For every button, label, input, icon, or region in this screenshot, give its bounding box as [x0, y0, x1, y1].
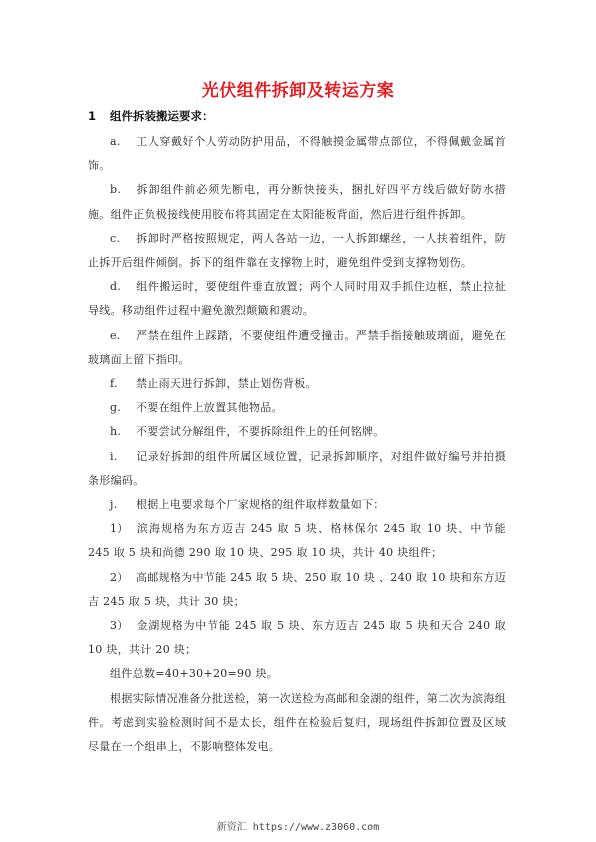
- item-label: f.: [110, 372, 136, 396]
- list-item-b: b.拆卸组件前必须先断电，再分断快接头，捆扎好四平方线后做好防水措施。组件正负极…: [88, 178, 506, 226]
- item-label: a.: [110, 130, 136, 154]
- item-text: 禁止雨天进行拆卸，禁止划伤背板。: [136, 377, 317, 390]
- list-item-g: g.不要在组件上放置其他物品。: [88, 396, 506, 420]
- list-item-a: a.工人穿戴好个人劳动防护用品，不得触摸金属带点部位，不得佩戴金属首饰。: [88, 130, 506, 178]
- item-text: 组件总数=40+30+20=90 块。: [110, 667, 278, 680]
- item-label: h.: [110, 420, 136, 444]
- item-label: 2）: [110, 566, 136, 590]
- item-text: 根据实际情况准备分批送检，第一次送检为高邮和金湖的组件，第二次为滨海组件。考虑到…: [88, 692, 506, 753]
- list-item-i: i.记录好拆卸的组件所属区域位置，记录拆卸顺序，对组件做好编号并拍摄条形编码。: [88, 445, 506, 493]
- list-item-f: f.禁止雨天进行拆卸，禁止划伤背板。: [88, 372, 506, 396]
- document-body: 1组件拆装搬运要求： a.工人穿戴好个人劳动防护用品，不得触摸金属带点部位，不得…: [88, 106, 506, 759]
- item-text: 不要在组件上放置其他物品。: [136, 401, 283, 414]
- section-number: 1: [88, 106, 110, 126]
- item-label: d.: [110, 275, 136, 299]
- footer-watermark: 新资汇 https://www.z3060.com: [0, 818, 596, 833]
- item-label: c.: [110, 227, 136, 251]
- item-text: 不要尝试分解组件，不要拆除组件上的任何铭牌。: [136, 425, 385, 438]
- document-page: 光伏组件拆卸及转运方案 1组件拆装搬运要求： a.工人穿戴好个人劳动防护用品，不…: [0, 0, 596, 842]
- item-text: 拆卸时严格按照规定，两人各站一边，一人拆卸螺丝，一人扶着组件，防止拆开后组件倾倒…: [88, 232, 506, 269]
- list-item-binhai: 1）滨海规格为东方迈吉 245 取 5 块、格林保尔 245 取 10 块、中节…: [88, 517, 506, 565]
- section-heading-text: 组件拆装搬运要求：: [110, 109, 214, 123]
- item-label: 3）: [110, 614, 136, 638]
- item-text: 记录好拆卸的组件所属区域位置，记录拆卸顺序，对组件做好编号并拍摄条形编码。: [88, 450, 506, 487]
- item-text: 高邮规格为中节能 245 取 5 块、250 取 10 块 、240 取 10 …: [88, 571, 506, 608]
- item-label: e.: [110, 324, 136, 348]
- list-item-gaoyou: 2）高邮规格为中节能 245 取 5 块、250 取 10 块 、240 取 1…: [88, 566, 506, 614]
- item-label: i.: [110, 445, 136, 469]
- list-item-c: c.拆卸时严格按照规定，两人各站一边，一人拆卸螺丝，一人扶着组件，防止拆开后组件…: [88, 227, 506, 275]
- document-title: 光伏组件拆卸及转运方案: [0, 76, 596, 101]
- item-text: 拆卸组件前必须先断电，再分断快接头，捆扎好四平方线后做好防水措施。组件正负极接线…: [88, 183, 506, 220]
- item-text: 滨海规格为东方迈吉 245 取 5 块、格林保尔 245 取 10 块、中节能 …: [88, 522, 506, 559]
- section-heading: 1组件拆装搬运要求：: [88, 106, 506, 126]
- item-text: 金湖规格为中节能 245 取 5 块、东方迈吉 245 取 5 块和天合 240…: [88, 619, 506, 656]
- list-item-j: j.根据上电要求每个厂家规格的组件取样数量如下：: [88, 493, 506, 517]
- item-label: j.: [110, 493, 136, 517]
- list-item-d: d.组件搬运时，要使组件垂直放置；两个人同时用双手抓住边框，禁止拉扯导线。移动组…: [88, 275, 506, 323]
- item-text: 根据上电要求每个厂家规格的组件取样数量如下：: [136, 498, 385, 511]
- list-item-h: h.不要尝试分解组件，不要拆除组件上的任何铭牌。: [88, 420, 506, 444]
- batch-inspection-paragraph: 根据实际情况准备分批送检，第一次送检为高邮和金湖的组件，第二次为滨海组件。考虑到…: [88, 687, 506, 760]
- list-item-e: e.严禁在组件上踩踏，不要使组件遭受撞击。严禁手指接触玻璃面，避免在玻璃面上留下…: [88, 324, 506, 372]
- item-label: b.: [110, 178, 136, 202]
- item-text: 工人穿戴好个人劳动防护用品，不得触摸金属带点部位，不得佩戴金属首饰。: [88, 135, 506, 172]
- item-label: 1）: [110, 517, 136, 541]
- total-count: 组件总数=40+30+20=90 块。: [88, 662, 506, 686]
- list-item-jinhu: 3）金湖规格为中节能 245 取 5 块、东方迈吉 245 取 5 块和天合 2…: [88, 614, 506, 662]
- item-text: 组件搬运时，要使组件垂直放置；两个人同时用双手抓住边框，禁止拉扯导线。移动组件过…: [88, 280, 506, 317]
- item-label: g.: [110, 396, 136, 420]
- item-text: 严禁在组件上踩踏，不要使组件遭受撞击。严禁手指接触玻璃面，避免在玻璃面上留下指印…: [88, 329, 506, 366]
